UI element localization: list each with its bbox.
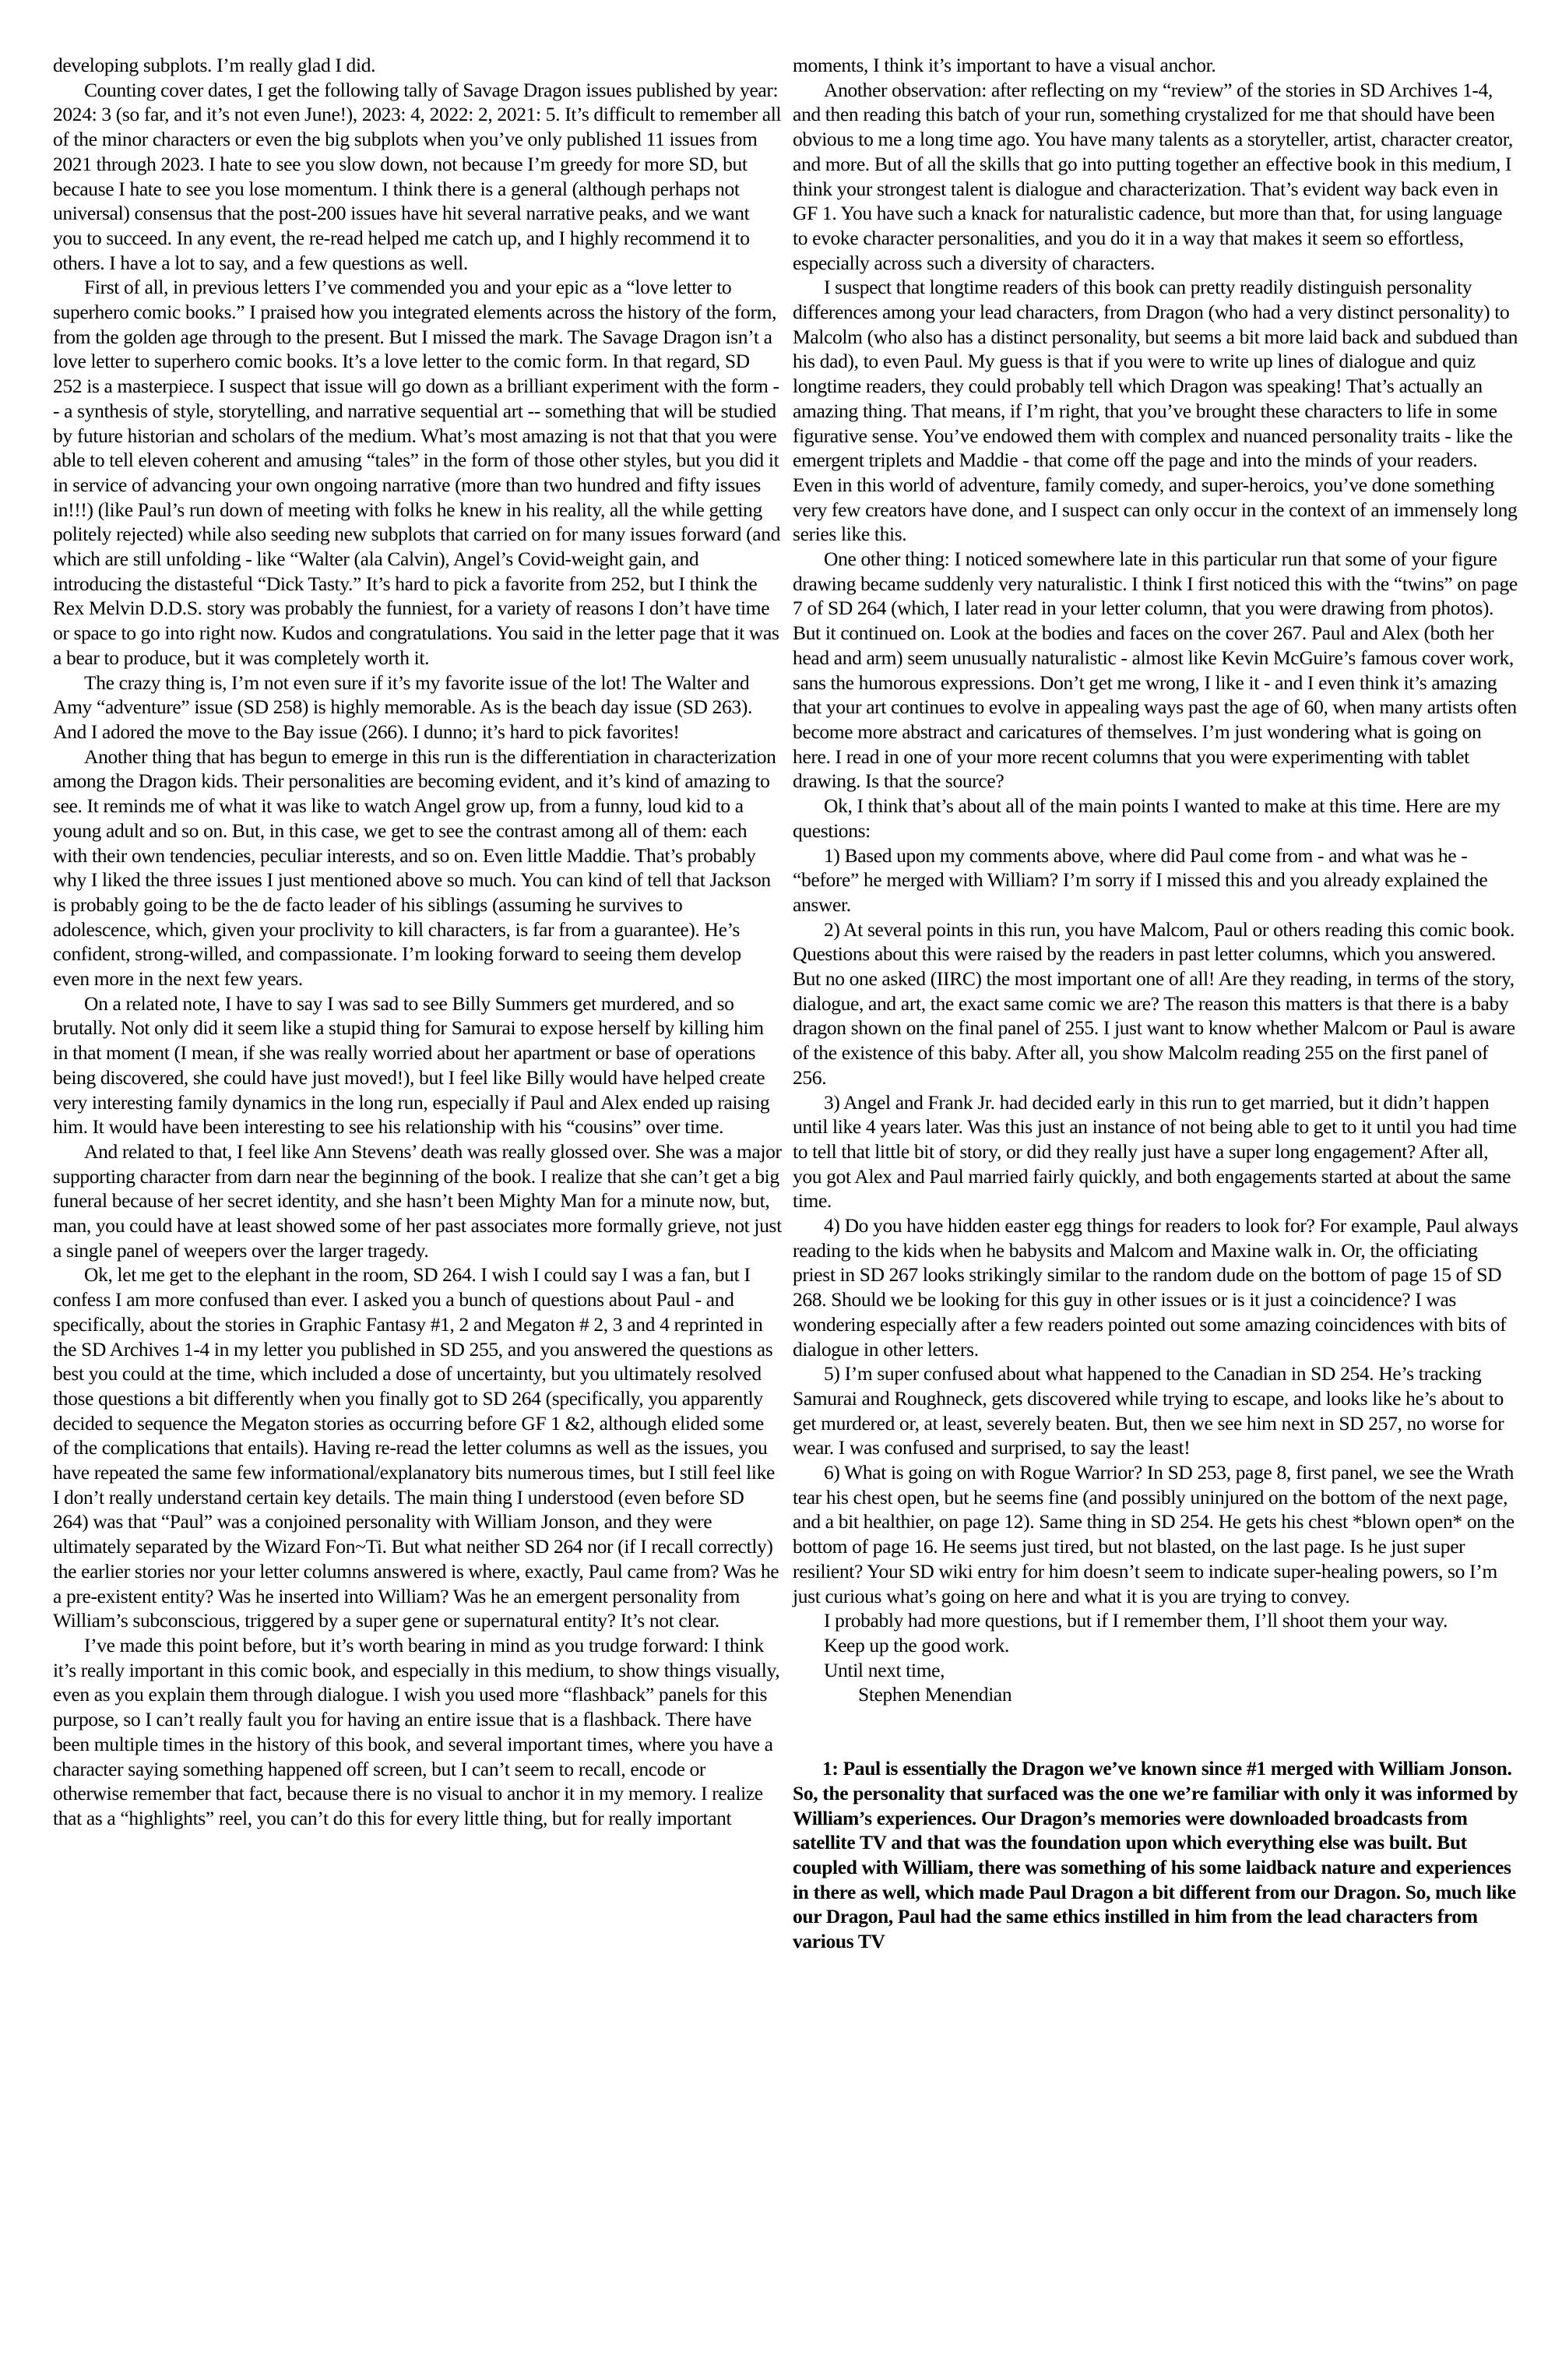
letter-paragraph: Counting cover dates, I get the followin… bbox=[53, 78, 782, 276]
letter-paragraph: moments, I think it’s important to have … bbox=[793, 53, 1522, 78]
letters-page: developing subplots. I’m really glad I d… bbox=[0, 0, 1548, 2380]
letter-paragraph: 4) Do you have hidden easter egg things … bbox=[793, 1213, 1522, 1361]
letter-paragraph: On a related note, I have to say I was s… bbox=[53, 991, 782, 1139]
letter-paragraph: Another observation: after reflecting on… bbox=[793, 78, 1522, 276]
letter-paragraph: Ok, let me get to the elephant in the ro… bbox=[53, 1262, 782, 1633]
letter-paragraph: 1) Based upon my comments above, where d… bbox=[793, 843, 1522, 917]
letter-paragraph: Another thing that has begun to emerge i… bbox=[53, 745, 782, 991]
letter-paragraph: I’ve made this point before, but it’s wo… bbox=[53, 1633, 782, 1831]
left-column: developing subplots. I’m really glad I d… bbox=[53, 53, 782, 2380]
letter-paragraph: 6) What is going on with Rogue Warrior? … bbox=[793, 1460, 1522, 1608]
letter-paragraph: Ok, I think that’s about all of the main… bbox=[793, 794, 1522, 843]
letter-paragraph: I probably had more questions, but if I … bbox=[793, 1608, 1522, 1633]
letter-paragraph: First of all, in previous letters I’ve c… bbox=[53, 275, 782, 670]
letter-paragraph: developing subplots. I’m really glad I d… bbox=[53, 53, 782, 78]
letter-paragraph: 5) I’m super confused about what happene… bbox=[793, 1361, 1522, 1460]
letter-paragraph: 3) Angel and Frank Jr. had decided early… bbox=[793, 1090, 1522, 1214]
letter-paragraph: Until next time, bbox=[793, 1658, 1522, 1683]
letter-paragraph: 2) At several points in this run, you ha… bbox=[793, 917, 1522, 1090]
letter-paragraph: And related to that, I feel like Ann Ste… bbox=[53, 1139, 782, 1263]
editor-reply-paragraph: 1: Paul is essentially the Dragon we’ve … bbox=[793, 1756, 1522, 1954]
letter-paragraph: I suspect that longtime readers of this … bbox=[793, 275, 1522, 547]
letter-paragraph: One other thing: I noticed somewhere lat… bbox=[793, 547, 1522, 794]
right-column: moments, I think it’s important to have … bbox=[793, 53, 1522, 2380]
letter-paragraph: Keep up the good work. bbox=[793, 1633, 1522, 1658]
signature: Stephen Menendian bbox=[793, 1682, 1522, 1707]
letter-paragraph: The crazy thing is, I’m not even sure if… bbox=[53, 671, 782, 745]
